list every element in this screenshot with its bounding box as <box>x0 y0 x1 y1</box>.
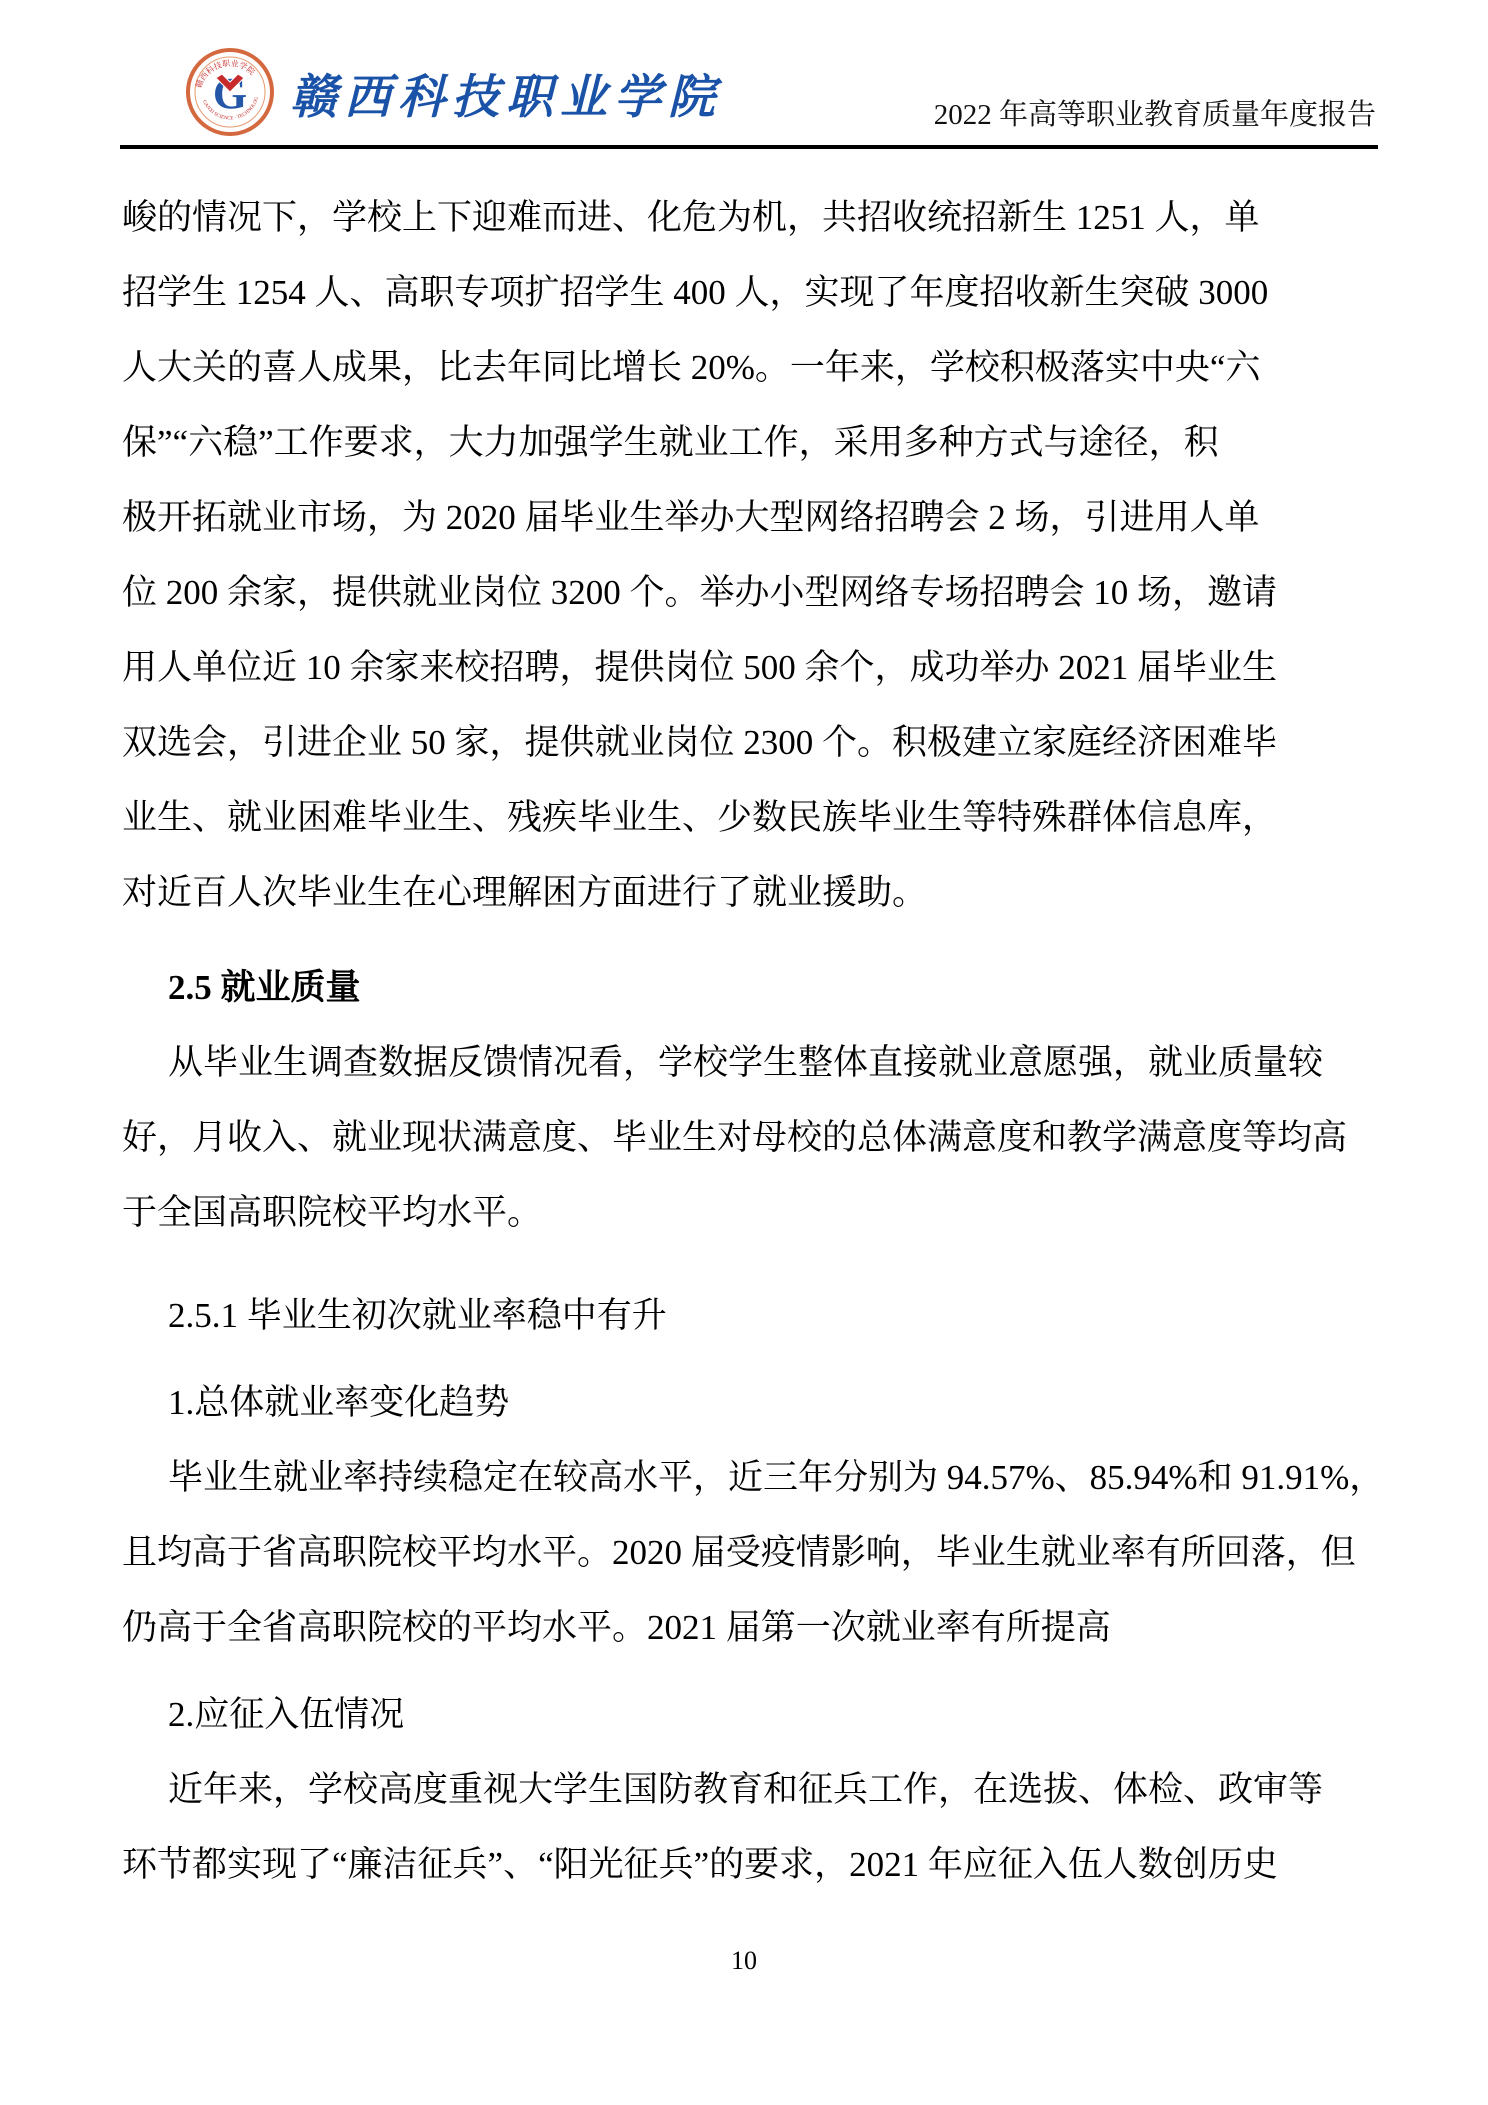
text-line: 毕业生就业率持续稳定在较高水平，近三年分别为 94.57%、85.94%和 91… <box>122 1440 1392 1515</box>
document-page: 赣西科技职业学院 GANXI SCIENCE · TECHNOLOGY G 赣西… <box>0 0 1488 2105</box>
page-number: 10 <box>0 1946 1488 1976</box>
text-line: 人大关的喜人成果，比去年同比增长 20%。一年来，学校积极落实中央“六 <box>122 330 1392 405</box>
header-divider <box>120 145 1378 149</box>
text-line: 保”“六稳”工作要求，大力加强学生就业工作，采用多种方式与途径，积 <box>122 405 1392 480</box>
text-line: 且均高于省高职院校平均水平。2020 届受疫情影响，毕业生就业率有所回落，但 <box>122 1515 1392 1590</box>
text-line: 用人单位近 10 余家来校招聘，提供岗位 500 余个，成功举办 2021 届毕… <box>122 630 1392 705</box>
report-title: 2022 年高等职业教育质量年度报告 <box>934 92 1376 133</box>
text-line: 从毕业生调查数据反馈情况看，学校学生整体直接就业意愿强，就业质量较 <box>122 1025 1392 1100</box>
section-heading: 2.5 就业质量 <box>122 950 1392 1025</box>
list-item-heading: 2.应征入伍情况 <box>122 1677 1392 1752</box>
text-line: 位 200 余家，提供就业岗位 3200 个。举办小型网络专场招聘会 10 场，… <box>122 555 1392 630</box>
list-item-heading: 1.总体就业率变化趋势 <box>122 1365 1392 1440</box>
text-line: 环节都实现了“廉洁征兵”、“阳光征兵”的要求，2021 年应征入伍人数创历史 <box>122 1827 1392 1902</box>
school-logo-icon: 赣西科技职业学院 GANXI SCIENCE · TECHNOLOGY G <box>186 48 274 136</box>
text-line: 峻的情况下，学校上下迎难而进、化危为机，共招收统招新生 1251 人，单 <box>122 180 1392 255</box>
text-line: 双选会，引进企业 50 家，提供就业岗位 2300 个。积极建立家庭经济困难毕 <box>122 705 1392 780</box>
subsection-heading: 2.5.1 毕业生初次就业率稳中有升 <box>122 1278 1392 1353</box>
text-line: 好，月收入、就业现状满意度、毕业生对母校的总体满意度和教学满意度等均高 <box>122 1100 1392 1175</box>
text-line: 对近百人次毕业生在心理解困方面进行了就业援助。 <box>122 855 1392 930</box>
school-name: 赣西科技职业学院 <box>290 60 722 127</box>
text-line: 业生、就业困难毕业生、残疾毕业生、少数民族毕业生等特殊群体信息库， <box>122 780 1392 855</box>
content-lines: 峻的情况下，学校上下迎难而进、化危为机，共招收统招新生 1251 人，单招学生 … <box>122 180 1392 1902</box>
text-line: 招学生 1254 人、高职专项扩招学生 400 人，实现了年度招收新生突破 30… <box>122 255 1392 330</box>
text-line: 于全国高职院校平均水平。 <box>122 1175 1392 1250</box>
text-line: 极开拓就业市场，为 2020 届毕业生举办大型网络招聘会 2 场，引进用人单 <box>122 480 1392 555</box>
text-line: 近年来，学校高度重视大学生国防教育和征兵工作，在选拔、体检、政审等 <box>122 1752 1392 1827</box>
text-line: 仍高于全省高职院校的平均水平。2021 届第一次就业率有所提高 <box>122 1590 1392 1665</box>
